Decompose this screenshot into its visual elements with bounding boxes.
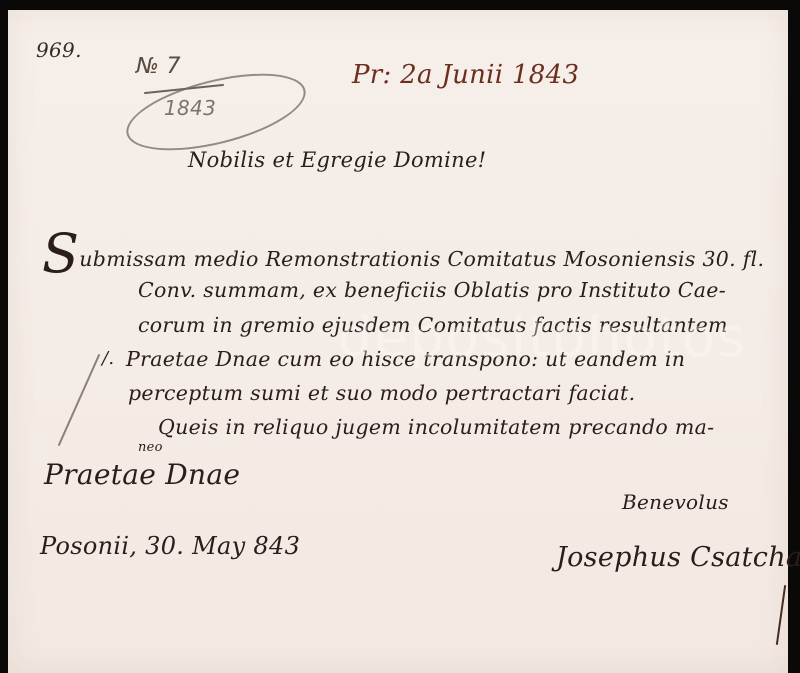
closing-superscript: neo: [138, 440, 163, 455]
ornamental-initial: S: [42, 222, 79, 285]
body-line: corum in gremio ejusdem Comitatus factis…: [138, 313, 728, 337]
body-line: Queis in reliquo jugem incolumitatem pre…: [158, 415, 714, 439]
salutation: Nobilis et Egregie Domine!: [188, 148, 486, 172]
body-line: Submissam medio Remonstrationis Comitatu…: [42, 244, 764, 271]
body-line: perceptum sumi et suo modo pertractari f…: [128, 381, 635, 405]
registry-number: № 7: [136, 54, 181, 79]
signature: Josephus Csatcharny: [556, 542, 800, 573]
body-line: Conv. summam, ex beneficiis Oblatis pro …: [138, 278, 726, 302]
body-line: Praetae Dnae cum eo hisce transpono: ut …: [126, 347, 685, 371]
place-and-date: Posonii, 30. May 843: [40, 532, 300, 560]
letter-paper: 969. № 7 1843 Pr: 2a Junii 1843 Nobilis …: [8, 10, 788, 673]
valediction: Benevolus: [622, 490, 729, 514]
signature-flourish-icon: [776, 585, 786, 645]
archive-number: 969.: [36, 38, 82, 62]
margin-stroke-icon: [58, 354, 101, 446]
received-date: Pr: 2a Junii 1843: [352, 60, 579, 90]
margin-mark: /.: [102, 348, 114, 369]
closing-address: Praetae Dnae: [44, 458, 240, 491]
